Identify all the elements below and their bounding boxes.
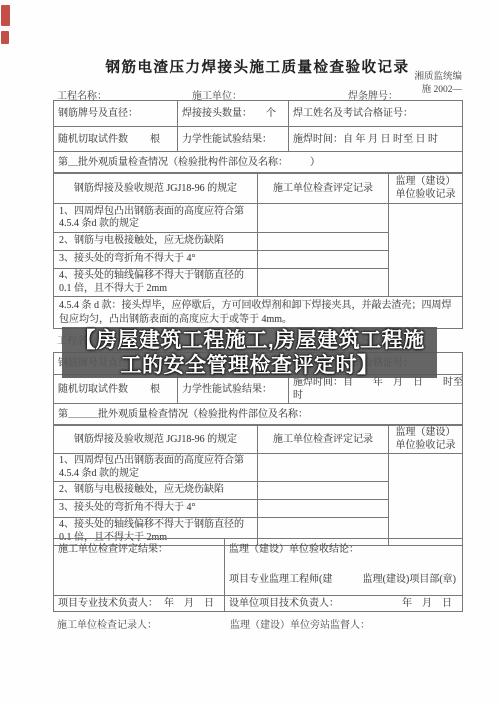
supervision-conclusion-cell: 监理（建设）单位验收结论： 项目专业监理工程师(建 监理(建设)项目部(章) <box>225 539 463 596</box>
watermark-text-line1: 【房屋建筑工程施工,房屋建筑工程施 <box>74 328 424 353</box>
weld-time-label: 时 <box>293 389 458 402</box>
welder-cert-label: 焊工姓名及考试合格证号： <box>293 108 413 119</box>
check-record-cell <box>258 500 389 518</box>
sample-count-label: 随机切取试件数 <box>58 384 128 395</box>
check-record-cell <box>258 233 389 251</box>
watermark-text-line2: 工的安全管理检查评定时】 <box>121 353 379 378</box>
check-record-cell <box>258 269 389 297</box>
rule-item: 3、接头处的弯折角不得大于 4° <box>54 251 258 269</box>
batch-inspection-label: 第＿批外观质量检查情况（检验批构件部位及名称： <box>58 157 288 168</box>
joint-qty-cell: 焊接接头数量：个 <box>178 101 289 127</box>
red-mark-icon <box>1 31 9 44</box>
spec-header-cell: 钢筋焊接及验收规范 JGJ18-96 的规定 <box>54 425 258 454</box>
signature-row: 项目专业技术负责人： 年 月 日 设单位项目技术负责人： 年 月 日 <box>54 596 463 612</box>
rebar-grade-cell: 钢筋牌号及直径： <box>54 101 178 127</box>
sample-count-cell: 随机切取试件数根 <box>54 127 178 152</box>
sample-count-label: 随机切取试件数 <box>58 134 128 145</box>
mech-test-label: 力学性能试验结果： <box>182 384 272 395</box>
sample-count-unit: 根 <box>150 384 160 395</box>
scanned-form-page: 钢筋电渣压力焊接头施工质量检查验收记录 湘质监统编 施 2002— 工程名称： … <box>0 0 500 706</box>
sample-count-unit: 根 <box>150 134 160 145</box>
tech-leader-line: 项目专业技术负责人： 年 月 日 <box>58 597 220 610</box>
spec-header-cell: 钢筋焊接及验收规范 JGJ18-96 的规定 <box>54 173 258 204</box>
rule-item: 1、四周焊包凸出钢筋表面的高度应符合第 4.5.4 条d 款的规定 <box>54 204 258 233</box>
weld-time-cell: 施焊时间：自 年 月 日 时至 日 时 <box>289 127 463 152</box>
conclusion-row: 施工单位检查评定结果： 监理（建设）单位验收结论： 项目专业监理工程师(建 监理… <box>54 539 463 596</box>
spec-note: 4.5.4 条 d 款：接头焊毕，应停歇后，方可回收焊剂和卸下焊接夹具，并敲去渣… <box>54 297 463 329</box>
table-header-row: 钢筋焊接及验收规范 JGJ18-96 的规定 施工单位检查评定记录 监理（建设）… <box>54 425 463 454</box>
mech-test-label: 力学性能试验结果： <box>182 134 272 145</box>
doc-code-org: 湘质监统编 <box>53 71 462 84</box>
table-row: 第＿批外观质量检查情况（检验批构件部位及名称：） <box>54 152 463 174</box>
onsite-supervisor-label: 监理（建设）单位旁站监督人： <box>230 616 370 631</box>
owner-tech-leader-line: 设单位项目技术负责人： 年 月 日 <box>229 597 458 610</box>
joint-qty-unit: 个 <box>266 108 276 119</box>
rebar-grade-label: 钢筋牌号及直径： <box>58 108 138 119</box>
date-placeholder: 年 月 日 <box>402 597 452 610</box>
rule-item: 4、接头处的轴线偏移不得大于钢筋直径的 0.1 倍，且不得大于 2mm <box>54 269 258 297</box>
red-mark-icon <box>1 5 10 26</box>
table-row: 随机切取试件数根 力学性能试验结果： 施焊时间：自 年 月 日 时至 日 时 <box>54 127 463 152</box>
check-result-label: 施工单位检查评定结果： <box>58 544 168 555</box>
supervision-conclusion-label: 监理（建设）单位验收结论： <box>229 543 458 556</box>
date-placeholder: 年 月 日 <box>164 597 214 610</box>
supervision-record-cell <box>389 454 463 546</box>
owner-tech-leader-cell: 设单位项目技术负责人： 年 月 日 <box>225 596 463 612</box>
supervision-record-cell <box>389 204 463 297</box>
table-header-row: 钢筋焊接及验收规范 JGJ18-96 的规定 施工单位检查评定记录 监理（建设）… <box>54 173 463 204</box>
engineer-signature-line: 项目专业监理工程师(建 监理(建设)项目部(章) <box>229 573 458 586</box>
footer-line: 施工单位检查记录人： 监理（建设）单位旁站监督人： <box>0 616 500 630</box>
rule-item: 2、钢筋与电极接触处，应无烧伤缺陷 <box>54 482 258 500</box>
sample-count-cell: 随机切取试件数根 <box>54 375 178 404</box>
rule-item: 1、四周焊包凸出钢筋表面的高度应符合第 4.5.4 条d 款的规定 <box>54 454 258 482</box>
watermark-overlay: 【房屋建筑工程施工,房屋建筑工程施 工的安全管理检查评定时】 <box>62 327 437 378</box>
check-record-cell <box>258 454 389 482</box>
rule-row: 1、四周焊包凸出钢筋表面的高度应符合第 4.5.4 条d 款的规定 <box>54 204 463 233</box>
rule-row: 1、四周焊包凸出钢筋表面的高度应符合第 4.5.4 条d 款的规定 <box>54 454 463 482</box>
recorder-label: 施工单位检查记录人： <box>57 616 157 631</box>
batch2-spec-table: 钢筋焊接及验收规范 JGJ18-96 的规定 施工单位检查评定记录 监理（建设）… <box>53 424 463 546</box>
check-record-header-cell: 施工单位检查评定记录 <box>258 173 389 204</box>
joint-qty-label: 焊接接头数量： <box>182 108 252 119</box>
batch1-spec-table: 钢筋焊接及验收规范 JGJ18-96 的规定 施工单位检查评定记录 监理（建设）… <box>53 172 463 329</box>
welder-cert-cell: 焊工姓名及考试合格证号： <box>289 101 463 127</box>
check-record-cell <box>258 482 389 500</box>
project-stamp-label: 监理(建设)项目部(章) <box>363 573 456 586</box>
weld-time-label: 施焊时间：自 年 月 日 时至 日 时 <box>293 134 438 145</box>
mech-test-cell: 力学性能试验结果： <box>178 127 289 152</box>
table-row: 随机切取试件数根 力学性能试验结果： 施焊时间：自 年 月 日 时至 日 时 <box>54 375 463 404</box>
check-result-cell: 施工单位检查评定结果： <box>54 539 225 596</box>
supervision-header-cell: 监理（建设）单位验收记录 <box>389 173 463 204</box>
rule-item: 3、接头处的弯折角不得大于 4° <box>54 500 258 518</box>
batch-inspection-label: 第＿＿＿批外观质量检查情况（检验批构件部位及名称： <box>58 409 308 420</box>
check-record-cell <box>258 251 389 269</box>
batch1-info-table: 钢筋牌号及直径： 焊接接头数量：个 焊工姓名及考试合格证号： 随机切取试件数根 … <box>53 100 463 174</box>
batch-inspection-cell: 第＿＿＿批外观质量检查情况（检验批构件部位及名称： <box>54 404 463 426</box>
tech-leader-label: 项目专业技术负责人： <box>58 597 158 610</box>
supervision-header-cell: 监理（建设）单位验收记录 <box>389 425 463 454</box>
owner-tech-leader-label: 设单位项目技术负责人： <box>229 597 339 610</box>
check-record-header-cell: 施工单位检查评定记录 <box>258 425 389 454</box>
conclusion-table: 施工单位检查评定结果： 监理（建设）单位验收结论： 项目专业监理工程师(建 监理… <box>53 538 463 612</box>
rule-item: 2、钢筋与电极接触处，应无烧伤缺陷 <box>54 233 258 251</box>
mech-test-cell: 力学性能试验结果： <box>178 375 289 404</box>
batch-inspection-cell: 第＿批外观质量检查情况（检验批构件部位及名称：） <box>54 152 463 174</box>
check-record-cell <box>258 204 389 233</box>
note-row: 4.5.4 条 d 款：接头焊毕，应停歇后，方可回收焊剂和卸下焊接夹具，并敲去渣… <box>54 297 463 329</box>
supervising-engineer-label: 项目专业监理工程师(建 <box>229 573 332 586</box>
table-row: 钢筋牌号及直径： 焊接接头数量：个 焊工姓名及考试合格证号： <box>54 101 463 127</box>
info-row-batch1: 工程名称： 施工单位： 焊条牌号： <box>53 87 462 101</box>
table-row: 第＿＿＿批外观质量检查情况（检验批构件部位及名称： <box>54 404 463 426</box>
tech-leader-cell: 项目专业技术负责人： 年 月 日 <box>54 596 225 612</box>
weld-time-cell: 施焊时间：自 年 月 日 时至 日 时 <box>289 375 463 404</box>
batch-close-paren: ） <box>310 157 320 168</box>
